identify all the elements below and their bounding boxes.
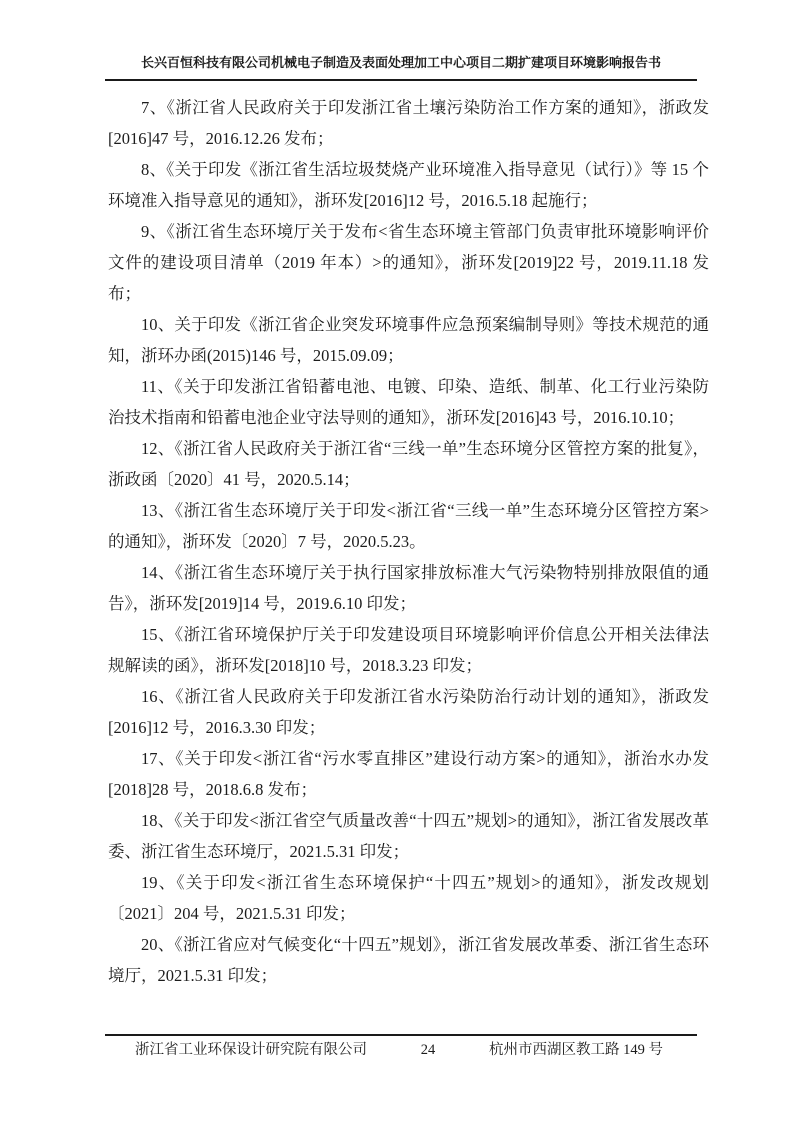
- page-number: 24: [421, 1041, 436, 1059]
- list-item: 7、《浙江省人民政府关于印发浙江省土壤污染防治工作方案的通知》，浙政发[2016…: [108, 92, 709, 154]
- list-item: 15、《浙江省环境保护厅关于印发建设项目环境影响评价信息公开相关法律法规解读的函…: [108, 619, 709, 681]
- page-header: 长兴百恒科技有限公司机械电子制造及表面处理加工中心项目二期扩建项目环境影响报告书: [105, 54, 697, 81]
- page-footer: 浙江省工业环保设计研究院有限公司 24 杭州市西湖区教工路 149 号: [105, 1034, 697, 1059]
- document-title: 长兴百恒科技有限公司机械电子制造及表面处理加工中心项目二期扩建项目环境影响报告书: [141, 55, 661, 70]
- footer-address: 杭州市西湖区教工路 149 号: [489, 1041, 697, 1059]
- list-item: 10、关于印发《浙江省企业突发环境事件应急预案编制导则》等技术规范的通知，浙环办…: [108, 309, 709, 371]
- list-item: 19、《关于印发<浙江省生态环境保护“十四五”规划>的通知》，浙发改规划〔202…: [108, 867, 709, 929]
- footer-company: 浙江省工业环保设计研究院有限公司: [105, 1041, 367, 1059]
- list-item: 17、《关于印发<浙江省“污水零直排区”建设行动方案>的通知》，浙治水办发[20…: [108, 743, 709, 805]
- list-item: 18、《关于印发<浙江省空气质量改善“十四五”规划>的通知》，浙江省发展改革委、…: [108, 805, 709, 867]
- list-item: 8、《关于印发《浙江省生活垃圾焚烧产业环境准入指导意见（试行）》等 15 个环境…: [108, 154, 709, 216]
- document-page: 长兴百恒科技有限公司机械电子制造及表面处理加工中心项目二期扩建项目环境影响报告书…: [0, 0, 800, 1131]
- list-item: 9、《浙江省生态环境厅关于发布<省生态环境主管部门负责审批环境影响评价文件的建设…: [108, 216, 709, 309]
- list-item: 20、《浙江省应对气候变化“十四五”规划》，浙江省发展改革委、浙江省生态环境厅，…: [108, 929, 709, 991]
- list-item: 13、《浙江省生态环境厅关于印发<浙江省“三线一单”生态环境分区管控方案>的通知…: [108, 495, 709, 557]
- list-item: 11、《关于印发浙江省铅蓄电池、电镀、印染、造纸、制革、化工行业污染防治技术指南…: [108, 371, 709, 433]
- list-item: 12、《浙江省人民政府关于浙江省“三线一单”生态环境分区管控方案的批复》，浙政函…: [108, 433, 709, 495]
- list-item: 16、《浙江省人民政府关于印发浙江省水污染防治行动计划的通知》，浙政发[2016…: [108, 681, 709, 743]
- document-body: 7、《浙江省人民政府关于印发浙江省土壤污染防治工作方案的通知》，浙政发[2016…: [108, 92, 709, 991]
- list-item: 14、《浙江省生态环境厅关于执行国家排放标准大气污染物特别排放限值的通告》，浙环…: [108, 557, 709, 619]
